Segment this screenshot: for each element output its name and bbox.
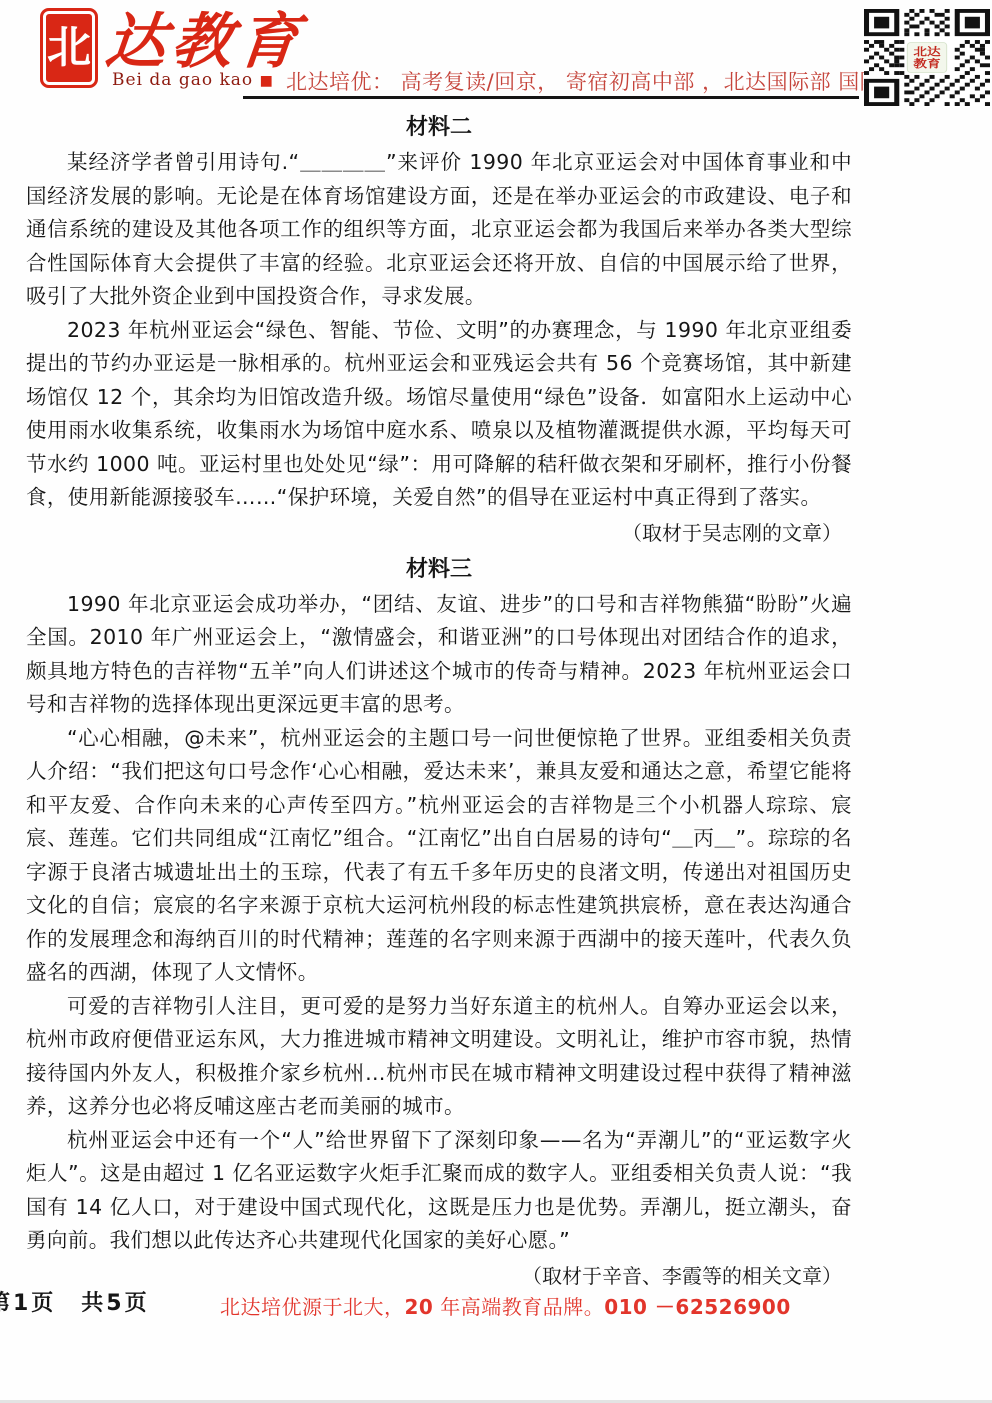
brand-romanized: Bei da gao kao ■	[112, 70, 274, 90]
material3-paragraph-1: 1990 年北京亚运会成功举办，“团结、友谊、进步”的口号和吉祥物熊猫“盼盼”火…	[26, 588, 852, 722]
material3-paragraph-2: “心心相融，@未来”，杭州亚运会的主题口号一问世便惊艳了世界。亚组委相关负责人介…	[26, 722, 852, 990]
material3-attribution: （取材于辛音、李霞等的相关文章）	[26, 1260, 852, 1293]
material3-paragraph-3: 可爱的吉祥物引人注目，更可爱的是努力当好东道主的杭州人。自筹办亚运会以来，杭州市…	[26, 990, 852, 1124]
section-heading-material-3: 材料三	[26, 554, 852, 586]
red-square-icon: ■	[260, 73, 274, 89]
footer-brand-segment: 北达培优源于北大，	[220, 1295, 405, 1319]
header-divider	[243, 96, 859, 99]
footer-brand-years: 20	[405, 1295, 434, 1319]
material2-paragraph-1: 某经济学者曾引用诗句.“＿＿＿＿”来评价 1990 年北京亚运会对中国体育事业和…	[26, 146, 852, 314]
scanned-exam-page: 北 达教育 Bei da gao kao ■ 北达培优： 高考复读/回京， 寄宿…	[0, 0, 992, 1403]
qr-code: 北达 教育	[864, 9, 990, 106]
material2-attribution: （取材于吴志刚的文章）	[26, 517, 852, 550]
seal-character: 北	[47, 26, 91, 70]
brand-romanized-text: Bei da gao kao	[112, 70, 253, 90]
beida-seal-logo: 北	[40, 8, 98, 88]
material3-paragraph-4: 杭州亚运会中还有一个“人”给世界留下了深刻印象——名为“弄潮儿”的“亚运数字火炬…	[26, 1124, 852, 1258]
footer-brand-segment: 年高端教育品牌。	[433, 1295, 604, 1319]
qr-code-pattern: 北达 教育	[864, 9, 990, 106]
footer-brand-line: 北达培优源于北大，20 年高端教育品牌。010 －62526900	[220, 1291, 791, 1320]
qr-center-text-line2: 教育	[912, 56, 940, 69]
header-tagline: 北达培优： 高考复读/回京， 寄宿初高中部 ，北达国际部 国际竞赛部	[286, 66, 946, 96]
document-body: 材料二 某经济学者曾引用诗句.“＿＿＿＿”来评价 1990 年北京亚运会对中国体…	[26, 112, 852, 1295]
footer-phone-number: 010 －62526900	[604, 1295, 791, 1319]
qr-center-text-line1: 北达	[913, 45, 941, 58]
page-indicator: 第1页 共5页	[0, 1286, 150, 1317]
material2-paragraph-2: 2023 年杭州亚运会“绿色、智能、节俭、文明”的办赛理念，与 1990 年北京…	[26, 314, 852, 515]
section-heading-material-2: 材料二	[26, 112, 852, 144]
